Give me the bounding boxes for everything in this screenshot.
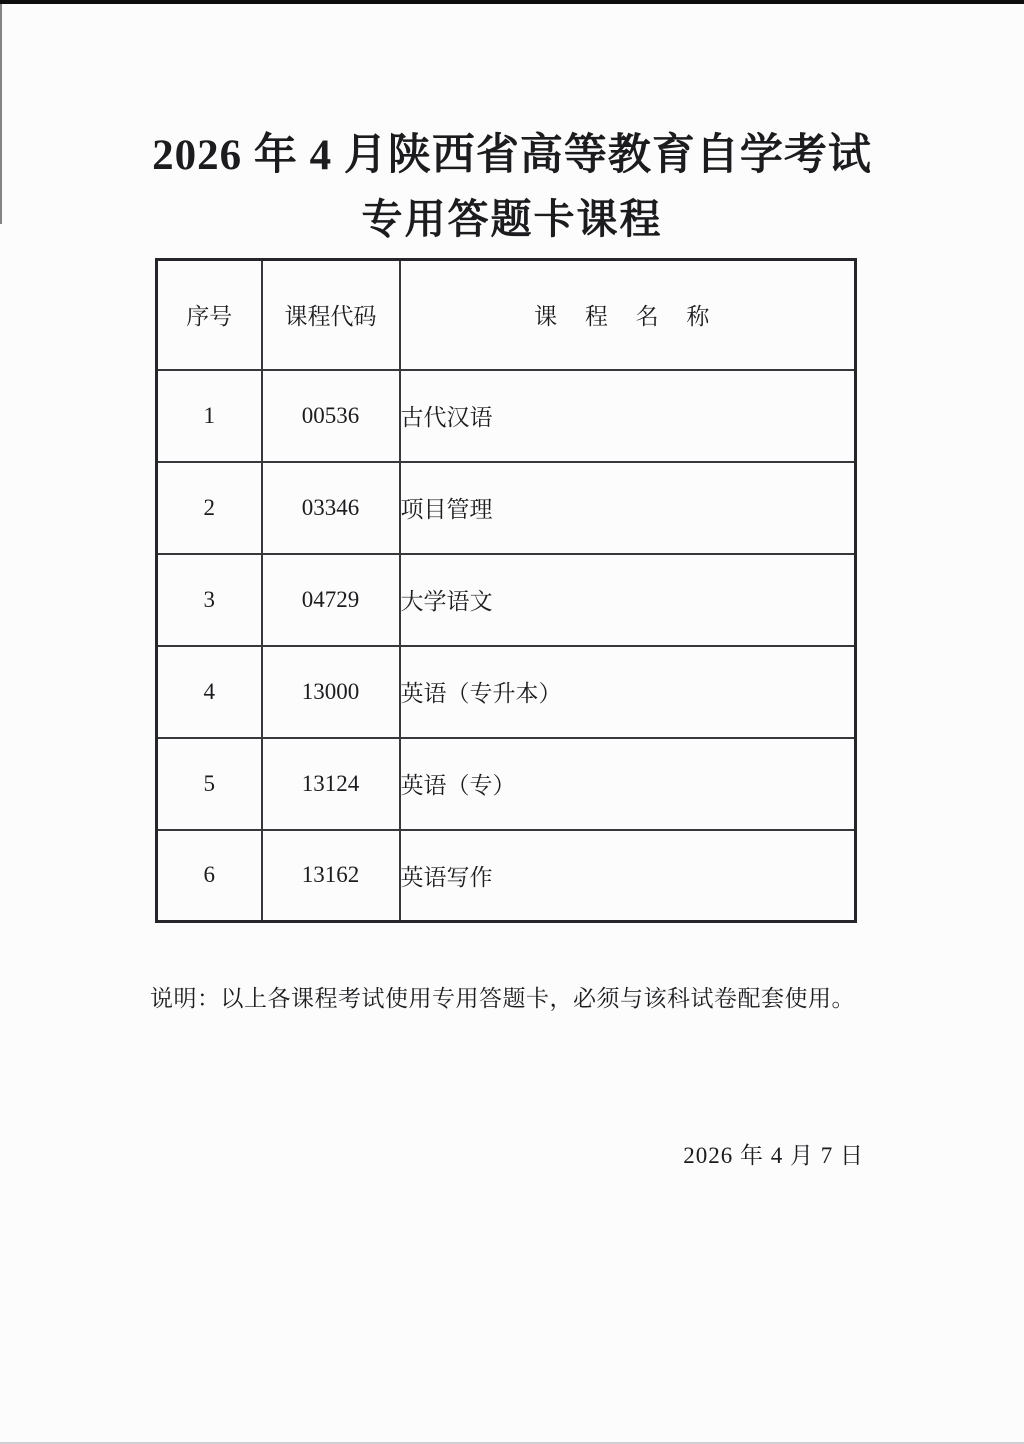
table-row: 5 13124 英语（专） bbox=[157, 738, 856, 830]
course-code-cell: 13000 bbox=[262, 646, 400, 738]
serial-number-cell: 1 bbox=[157, 370, 262, 462]
course-code-cell: 13162 bbox=[262, 830, 400, 922]
header-course-code: 课程代码 bbox=[262, 260, 400, 370]
course-name-cell: 英语（专升本） bbox=[400, 646, 856, 738]
document-title: 2026 年 4 月陕西省高等教育自学考试 bbox=[0, 121, 1024, 182]
note-text: 说明：以上各课程考试使用专用答题卡，必须与该科试卷配套使用。 bbox=[150, 980, 855, 1013]
document-subtitle: 专用答题卡课程 bbox=[0, 186, 1024, 245]
table-header-row: 序号 课程代码 课 程 名 称 bbox=[157, 260, 856, 370]
table-row: 2 03346 项目管理 bbox=[157, 462, 856, 554]
header-course-name: 课 程 名 称 bbox=[400, 260, 856, 370]
table-row: 4 13000 英语（专升本） bbox=[157, 646, 856, 738]
course-code-cell: 03346 bbox=[262, 462, 400, 554]
course-name-cell: 大学语文 bbox=[400, 554, 856, 646]
header-serial-number: 序号 bbox=[157, 260, 262, 370]
course-code-cell: 04729 bbox=[262, 554, 400, 646]
serial-number-cell: 2 bbox=[157, 462, 262, 554]
course-code-cell: 00536 bbox=[262, 370, 400, 462]
course-name-cell: 古代汉语 bbox=[400, 370, 856, 462]
table-row: 6 13162 英语写作 bbox=[157, 830, 856, 922]
serial-number-cell: 4 bbox=[157, 646, 262, 738]
serial-number-cell: 6 bbox=[157, 830, 262, 922]
date-text: 2026 年 4 月 7 日 bbox=[683, 1137, 864, 1170]
course-name-cell: 英语写作 bbox=[400, 830, 856, 922]
serial-number-cell: 3 bbox=[157, 554, 262, 646]
course-table: 序号 课程代码 课 程 名 称 1 00536 古代汉语 2 03346 项目管… bbox=[155, 258, 857, 923]
serial-number-cell: 5 bbox=[157, 738, 262, 830]
table-row: 1 00536 古代汉语 bbox=[157, 370, 856, 462]
course-name-cell: 项目管理 bbox=[400, 462, 856, 554]
course-name-cell: 英语（专） bbox=[400, 738, 856, 830]
table-row: 3 04729 大学语文 bbox=[157, 554, 856, 646]
course-code-cell: 13124 bbox=[262, 738, 400, 830]
scan-edge-top bbox=[0, 0, 1024, 4]
